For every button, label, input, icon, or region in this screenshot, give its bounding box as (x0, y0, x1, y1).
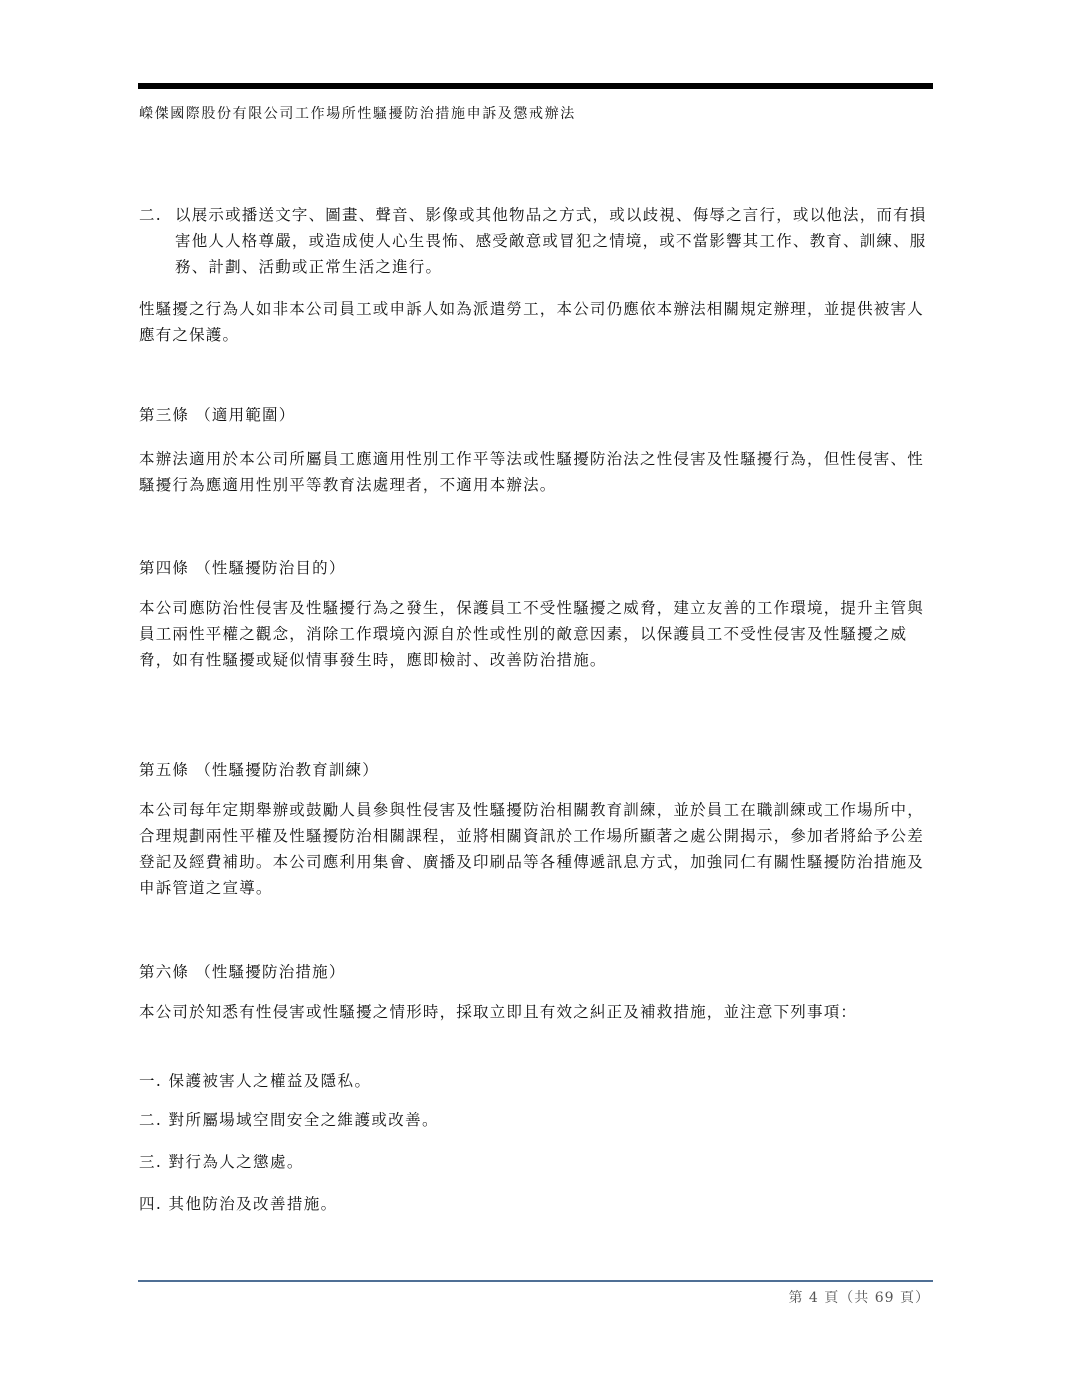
article-4-heading: 第四條 （性騷擾防治目的） (139, 556, 346, 578)
intro-paragraph: 性騷擾之行為人如非本公司員工或申訴人如為派遣勞工，本公司仍應依本辦法相關規定辦理… (139, 296, 929, 348)
list-number: 二. (139, 202, 175, 280)
footer-rule (138, 1280, 933, 1282)
document-title: 嶸傑國際股份有限公司工作場所性騷擾防治措施申訴及懲戒辦法 (139, 103, 576, 123)
article-5-body: 本公司每年定期舉辦或鼓勵人員參與性侵害及性騷擾防治相關教育訓練，並於員工在職訓練… (139, 797, 929, 901)
article-6-item-4: 四. 其他防治及改善措施。 (139, 1192, 338, 1214)
article-3-heading: 第三條 （適用範圍） (139, 403, 295, 425)
article-6-item-3: 三. 對行為人之懲處。 (139, 1150, 304, 1172)
article-4-body: 本公司應防治性侵害及性騷擾行為之發生，保護員工不受性騷擾之威脅，建立友善的工作環… (139, 595, 929, 673)
intro-list-item-2: 二. 以展示或播送文字、圖畫、聲音、影像或其他物品之方式，或以歧視、侮辱之言行，… (139, 202, 929, 280)
article-6-body: 本公司於知悉有性侵害或性騷擾之情形時，採取立即且有效之糾正及補救措施，並注意下列… (139, 999, 929, 1025)
list-text: 以展示或播送文字、圖畫、聲音、影像或其他物品之方式，或以歧視、侮辱之言行，或以他… (175, 202, 929, 280)
article-6-heading: 第六條 （性騷擾防治措施） (139, 960, 346, 982)
article-5-heading: 第五條 （性騷擾防治教育訓練） (139, 758, 379, 780)
page-number: 第 4 頁（共 69 頁） (788, 1287, 930, 1307)
header-rule (138, 83, 933, 89)
article-6-item-1: 一. 保護被害人之權益及隱私。 (139, 1069, 371, 1091)
article-3-body: 本辦法適用於本公司所屬員工應適用性別工作平等法或性騷擾防治法之性侵害及性騷擾行為… (139, 446, 929, 498)
article-6-item-2: 二. 對所屬場域空間安全之維護或改善。 (139, 1108, 439, 1130)
